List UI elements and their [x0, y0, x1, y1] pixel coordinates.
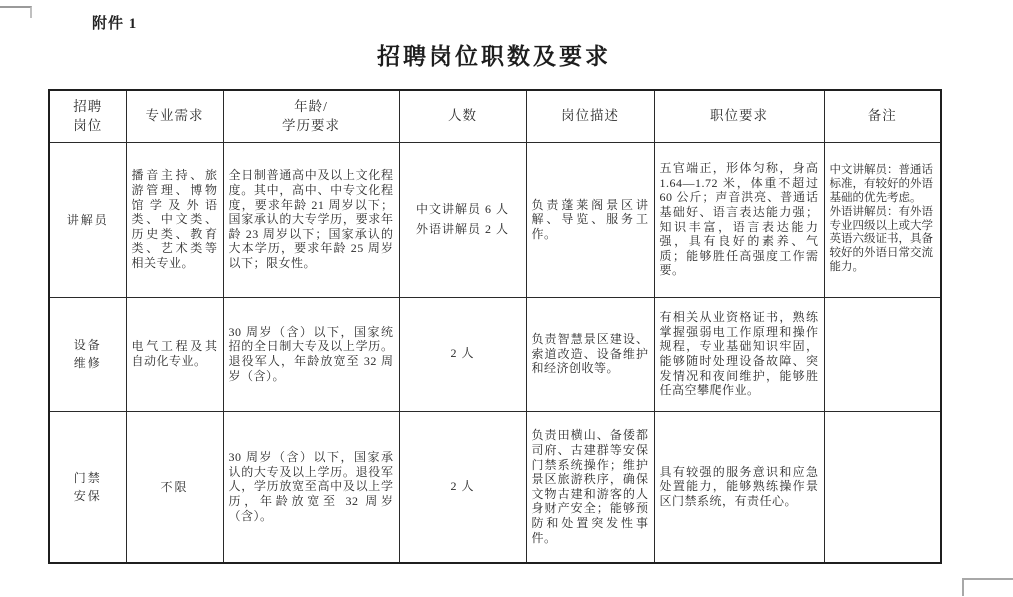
cell-age-edu: 全日制普通高中及以上文化程度。其中，高中、中专文化程度，要求年龄 21 周岁以下… — [223, 142, 399, 297]
cell-position: 门禁安保 — [49, 411, 126, 563]
cell-headcount: 2 人 — [399, 297, 526, 411]
cell-requirements: 有相关从业资格证书，熟练掌握强弱电工作原理和操作规程，专业基础知识牢固，能够随时… — [654, 297, 824, 411]
recruitment-table: 招聘岗位 专业需求 年龄/学历要求 人数 岗位描述 职位要求 备注 讲解员 播音… — [48, 89, 942, 564]
cell-requirements: 五官端正，形体匀称，身高 1.64—1.72 米，体重不超过 60 公斤；声音洪… — [654, 142, 824, 297]
col-header-age-education: 年龄/学历要求 — [223, 90, 399, 142]
cell-headcount: 中文讲解员 6 人外语讲解员 2 人 — [399, 142, 526, 297]
col-header-notes: 备注 — [824, 90, 941, 142]
cell-notes — [824, 411, 941, 563]
scan-corner-mark-top-left — [0, 6, 32, 18]
col-header-headcount: 人数 — [399, 90, 526, 142]
cell-requirements: 具有较强的服务意识和应急处置能力，能够熟练操作景区门禁系统，有责任心。 — [654, 411, 824, 563]
col-header-major: 专业需求 — [126, 90, 223, 142]
cell-position: 讲解员 — [49, 142, 126, 297]
cell-notes — [824, 297, 941, 411]
cell-age-edu: 30 周岁（含）以下，国家统招的全日制大专及以上学历。退役军人，年龄放宽至 32… — [223, 297, 399, 411]
cell-description: 负责智慧景区建设、索道改造、设备维护和经济创收等。 — [526, 297, 654, 411]
col-header-requirements: 职位要求 — [654, 90, 824, 142]
table-row: 设备维修 电气工程及其自动化专业。 30 周岁（含）以下，国家统招的全日制大专及… — [49, 297, 941, 411]
cell-description: 负责蓬莱阁景区讲解、导览、服务工作。 — [526, 142, 654, 297]
attachment-label: 附件 1 — [92, 12, 137, 33]
cell-position: 设备维修 — [49, 297, 126, 411]
cell-major: 播音主持、旅游管理、博物馆学及外语类、中文类、历史类、教育类、艺术类等相关专业。 — [126, 142, 223, 297]
cell-description: 负责田横山、备倭都司府、古建群等安保门禁系统操作；维护景区旅游秩序，确保文物古建… — [526, 411, 654, 563]
col-header-position: 招聘岗位 — [49, 90, 126, 142]
cell-headcount: 2 人 — [399, 411, 526, 563]
col-header-description: 岗位描述 — [526, 90, 654, 142]
cell-major: 不限 — [126, 411, 223, 563]
cell-age-edu: 30 周岁（含）以下，国家承认的大专及以上学历。退役军人，学历放宽至高中及以上学… — [223, 411, 399, 563]
table-header-row: 招聘岗位 专业需求 年龄/学历要求 人数 岗位描述 职位要求 备注 — [49, 90, 941, 142]
cell-major: 电气工程及其自动化专业。 — [126, 297, 223, 411]
scan-corner-mark-bottom-right — [962, 578, 1013, 596]
table-row: 门禁安保 不限 30 周岁（含）以下，国家承认的大专及以上学历。退役军人，学历放… — [49, 411, 941, 563]
table-row: 讲解员 播音主持、旅游管理、博物馆学及外语类、中文类、历史类、教育类、艺术类等相… — [49, 142, 941, 297]
cell-notes: 中文讲解员：普通话标准，有较好的外语基础的优先考虑。外语讲解员：有外语专业四级以… — [824, 142, 941, 297]
page-title: 招聘岗位职数及要求 — [48, 38, 940, 71]
